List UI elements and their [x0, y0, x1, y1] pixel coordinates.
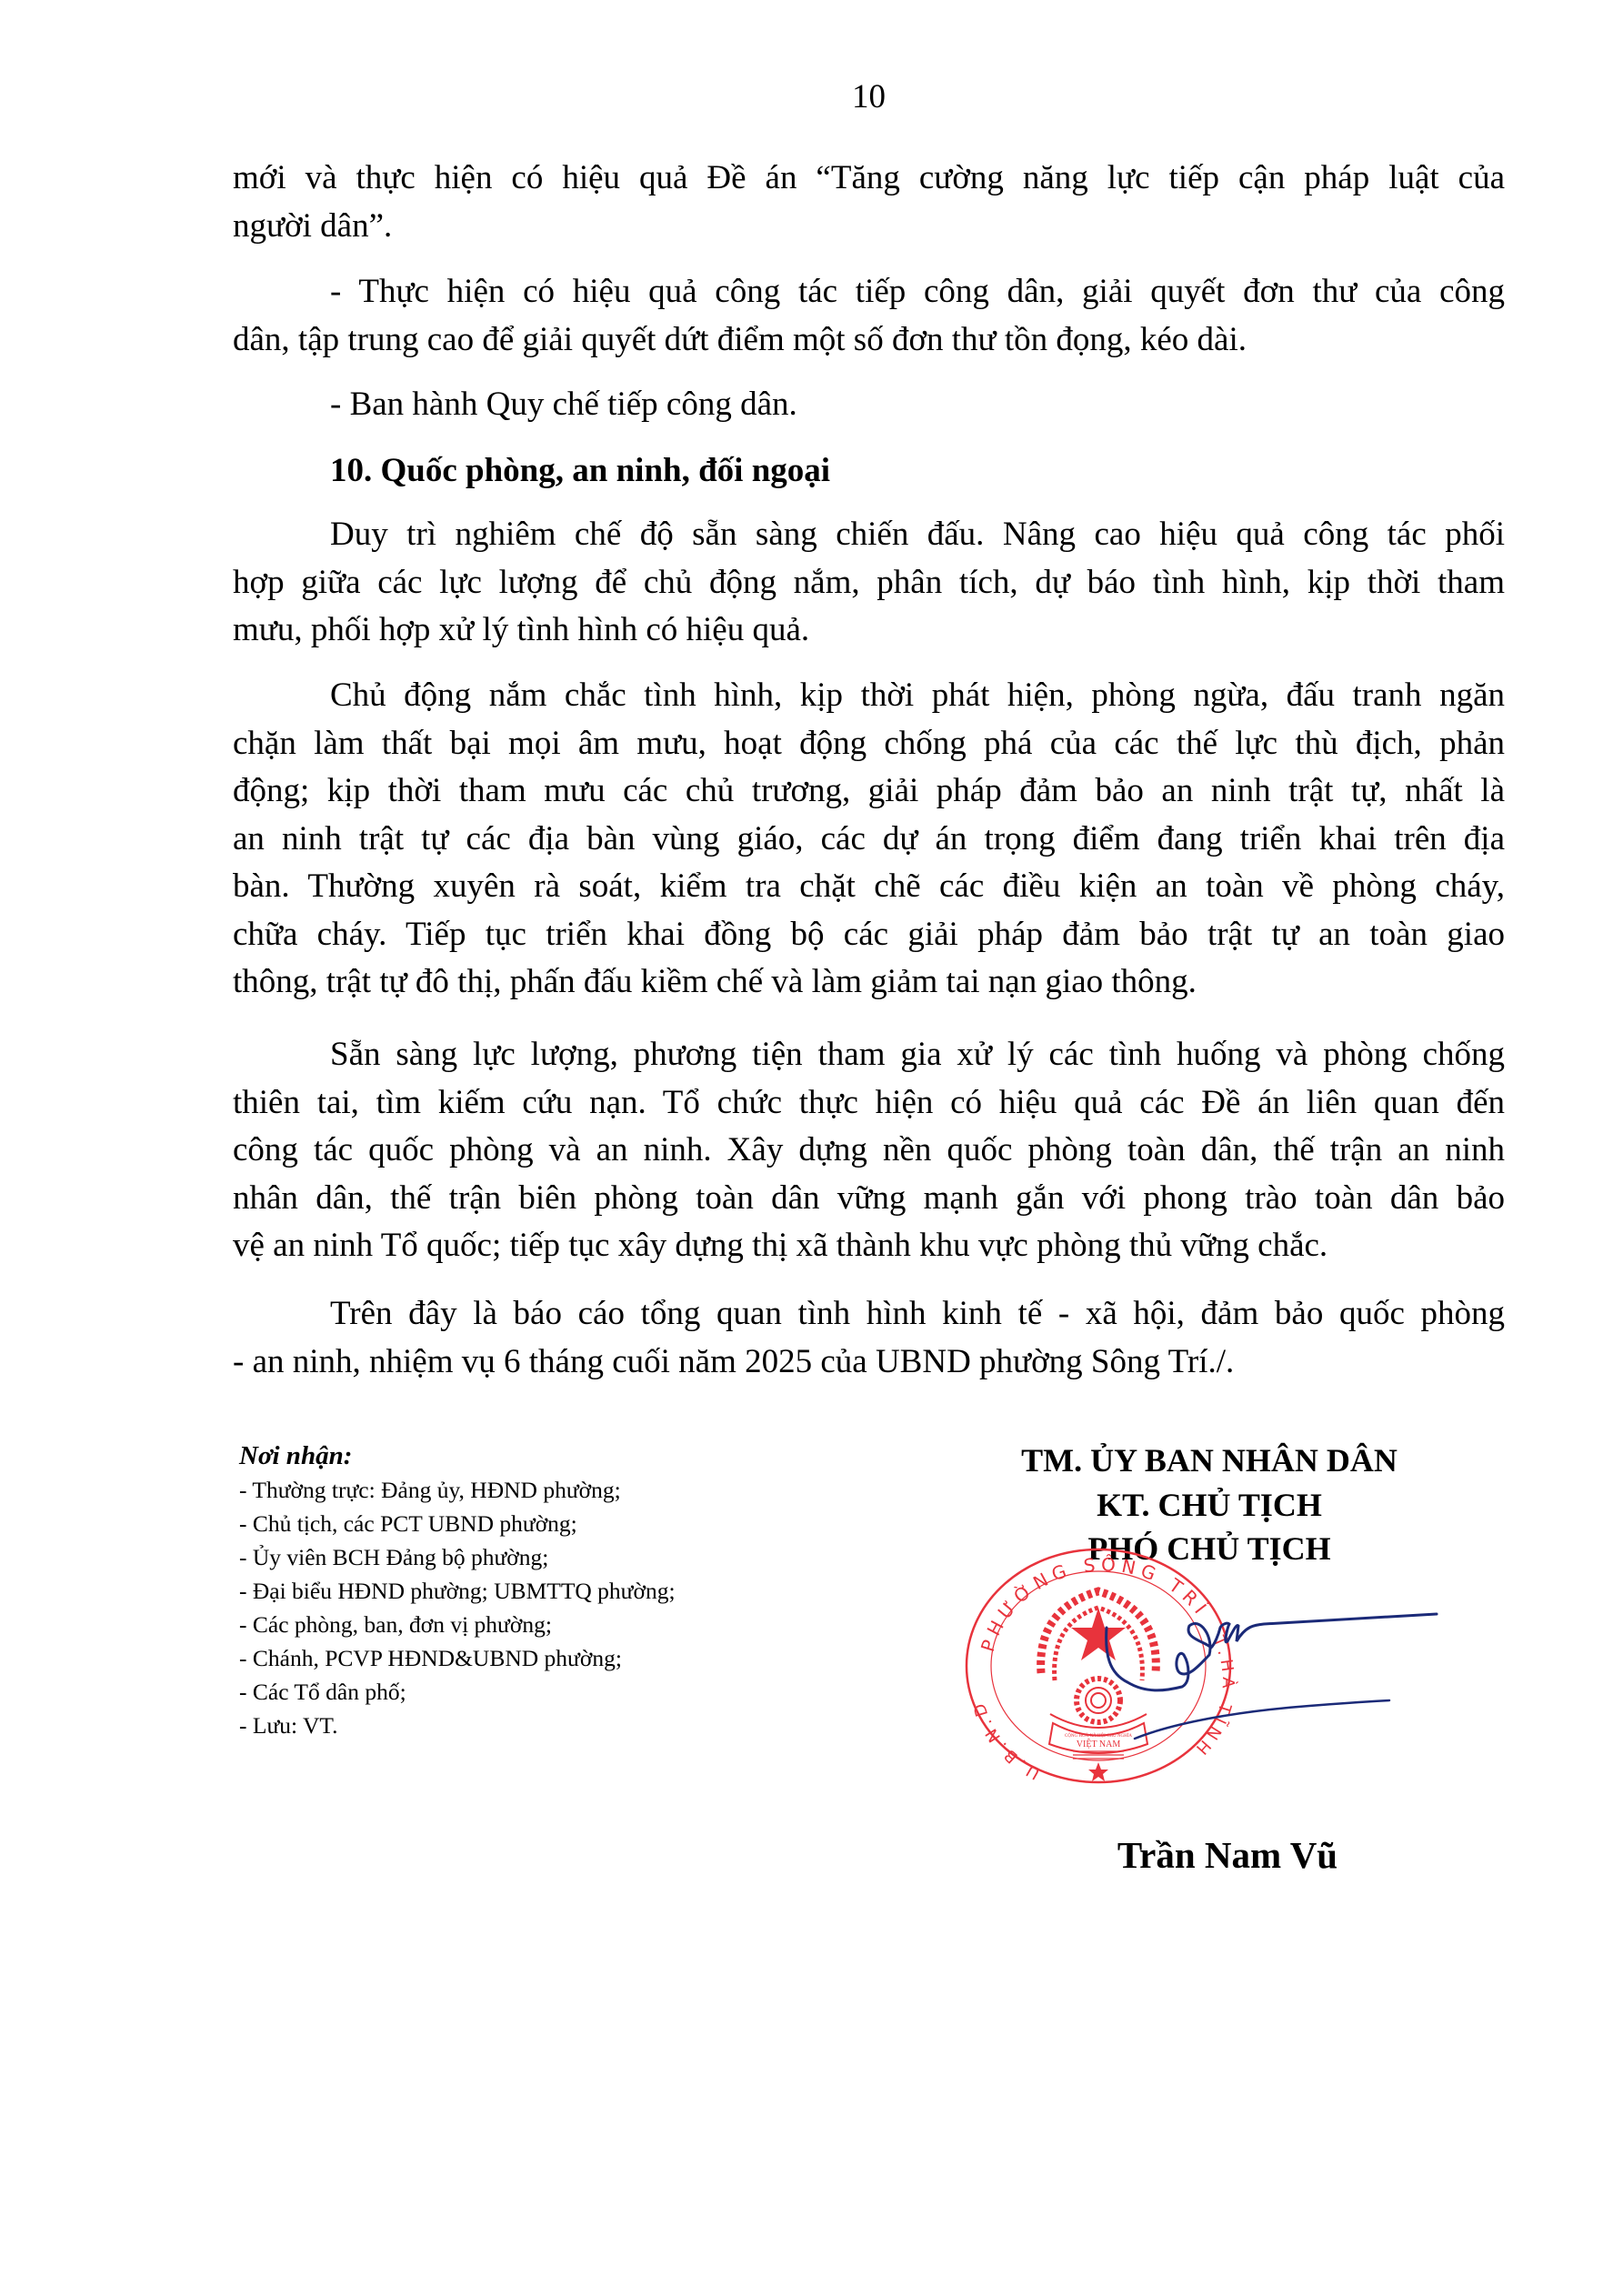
body-paragraph: Chủ động nắm chắc tình hình, kịp thời ph… — [233, 672, 1505, 1007]
paragraph-line: nhân dân, thế trận biên phòng toàn dân v… — [233, 1175, 1505, 1223]
paragraph-line: Chủ động nắm chắc tình hình, kịp thời ph… — [233, 672, 1505, 720]
body-paragraph: - Ban hành Quy chế tiếp công dân. — [233, 381, 1505, 429]
body-paragraph: mới và thực hiện có hiệu quả Đề án “Tăng… — [233, 155, 1505, 250]
paragraph-line: chữa cháy. Tiếp tục triển khai đồng bộ c… — [233, 911, 1505, 959]
recipients-block: Nơi nhận: - Thường trực: Đảng ủy, HĐND p… — [239, 1439, 876, 1742]
handwritten-signature — [1107, 1614, 1437, 1739]
paragraph-line: an ninh trật tự các địa bàn vùng giáo, c… — [233, 816, 1505, 864]
body-paragraph: Duy trì nghiêm chế độ sẵn sàng chiến đấu… — [233, 511, 1505, 655]
svg-text:T.HÀ TĨNH: T.HÀ TĨNH — [1188, 1632, 1238, 1761]
paragraph-line: dân, tập trung cao để giải quyết dứt điể… — [233, 316, 1505, 365]
recipient-item: - Chánh, PCVP HĐND&UBND phường; — [239, 1641, 876, 1675]
paragraph-line: công tác quốc phòng và an ninh. Xây dựng… — [233, 1127, 1505, 1175]
svg-text:VIỆT NAM: VIỆT NAM — [1077, 1739, 1121, 1750]
national-emblem-icon: CỘNG HOÀ XÃ HỘI CHỦ NGHĨA VIỆT NAM — [1041, 1591, 1157, 1759]
paragraph-line: bàn. Thường xuyên rà soát, kiểm tra chặt… — [233, 863, 1505, 911]
recipient-item: - Các Tổ dân phố; — [239, 1675, 876, 1709]
paragraph-line: - an ninh, nhiệm vụ 6 tháng cuối năm 202… — [233, 1338, 1505, 1387]
recipient-item: - Thường trực: Đảng ủy, HĐND phường; — [239, 1473, 876, 1507]
recipient-item: - Các phòng, ban, đơn vị phường; — [239, 1608, 876, 1641]
section-heading: 10. Quốc phòng, an ninh, đối ngoại — [233, 447, 1505, 496]
paragraph-line: - Ban hành Quy chế tiếp công dân. — [233, 381, 1505, 429]
recipient-item: - Ủy viên BCH Đảng bộ phường; — [239, 1540, 876, 1574]
paragraph-line: Duy trì nghiêm chế độ sẵn sàng chiến đấu… — [233, 511, 1505, 559]
paragraph-line: chặn làm thất bại mọi âm mưu, hoạt động … — [233, 720, 1505, 768]
official-stamp-and-signature: PHƯỜNG SÔNG TRÍ U.B.N.D T.HÀ TĨNH CỘNG H… — [946, 1537, 1455, 1810]
signer-name: Trần Nam Vũ — [1055, 1831, 1400, 1879]
paragraph-line: Sẵn sàng lực lượng, phương tiện tham gia… — [233, 1031, 1505, 1079]
body-paragraph: - Thực hiện có hiệu quả công tác tiếp cô… — [233, 268, 1505, 364]
page-number: 10 — [233, 74, 1505, 122]
recipients-title: Nơi nhận: — [239, 1439, 876, 1473]
paragraph-line: mới và thực hiện có hiệu quả Đề án “Tăng… — [233, 155, 1505, 203]
recipient-item: - Chủ tịch, các PCT UBND phường; — [239, 1507, 876, 1540]
recipient-item: - Đại biểu HĐND phường; UBMTTQ phường; — [239, 1574, 876, 1608]
paragraph-line: thiên tai, tìm kiếm cứu nạn. Tổ chức thự… — [233, 1079, 1505, 1128]
signature-line-org: TM. ỦY BAN NHÂN DÂN — [964, 1439, 1455, 1483]
paragraph-line: vệ an ninh Tổ quốc; tiếp tục xây dựng th… — [233, 1222, 1505, 1270]
paragraph-line: 10. Quốc phòng, an ninh, đối ngoại — [233, 447, 1505, 496]
paragraph-line: mưu, phối hợp xử lý tình hình có hiệu qu… — [233, 607, 1505, 655]
paragraph-line: Trên đây là báo cáo tổng quan tình hình … — [233, 1290, 1505, 1338]
paragraph-line: người dân”. — [233, 203, 1505, 251]
body-paragraph: Sẵn sàng lực lượng, phương tiện tham gia… — [233, 1031, 1505, 1270]
paragraph-line: động; kịp thời tham mưu các chủ trương, … — [233, 767, 1505, 816]
body-paragraph: Trên đây là báo cáo tổng quan tình hình … — [233, 1290, 1505, 1386]
paragraph-line: - Thực hiện có hiệu quả công tác tiếp cô… — [233, 268, 1505, 316]
recipient-item: - Lưu: VT. — [239, 1709, 876, 1742]
signature-line-role: KT. CHỦ TỊCH — [964, 1483, 1455, 1528]
paragraph-line: thông, trật tự đô thị, phấn đấu kiềm chế… — [233, 958, 1505, 1007]
svg-text:CỘNG HOÀ XÃ HỘI CHỦ NGHĨA: CỘNG HOÀ XÃ HỘI CHỦ NGHĨA — [1065, 1733, 1132, 1739]
paragraph-line: hợp giữa các lực lượng để chủ động nắm, … — [233, 559, 1505, 607]
recipients-list: - Thường trực: Đảng ủy, HĐND phường;- Ch… — [239, 1473, 876, 1742]
